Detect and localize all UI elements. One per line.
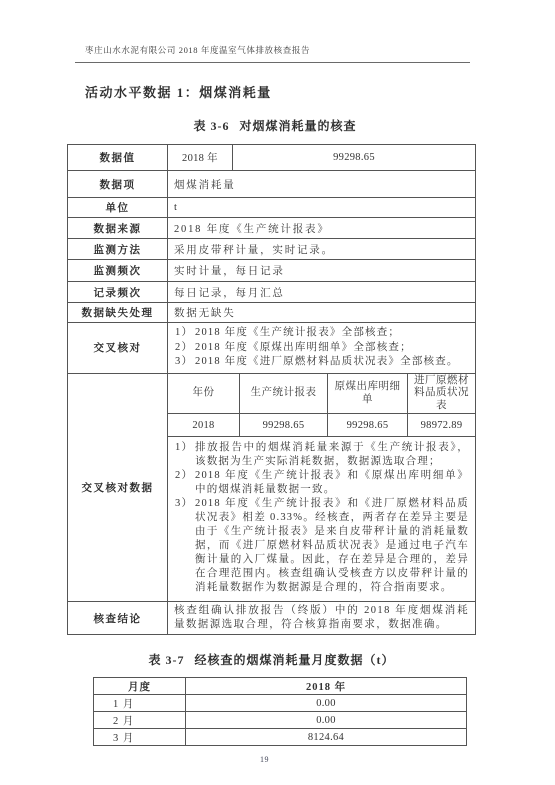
inner-cell-production-value: 99298.65 [240,414,328,437]
table-row-month: 3 月 8124.64 [94,729,467,746]
item-text: 2018 年度《原煤出库明细单》全部核查； [195,341,470,356]
table-row-monitoring-frequency: 监测频次 实时计量，每日记录 [68,260,476,282]
note-item: 2） 2018 年度《生产统计报表》和《原煤出库明细单》中的烟煤消耗量数据一致。 [175,469,469,497]
item-number: 2） [175,469,195,497]
col-header-year: 2018 年 [186,678,467,695]
row-label: 数据值 [68,145,168,171]
conclusion-value: 核查组确认排放报告（终版）中的 2018 年度烟煤消耗量数据源选取合理，符合核算… [168,602,476,635]
col-header-month: 月度 [94,678,186,695]
table-row-cross-check-data: 交叉核对数据 年份 生产统计报表 原煤出库明细单 进厂原燃材料品质状况表 201… [68,373,476,602]
table36-title-text: 对烟煤消耗量的核查 [239,119,356,133]
month-value: 0.00 [186,695,467,712]
table-row-missing-data: 数据缺失处理 数据无缺失 [68,303,476,323]
row-label: 数据缺失处理 [68,303,168,323]
table37-title-number: 表 3-7 [149,653,185,667]
cross-check-comparison-table: 年份 生产统计报表 原煤出库明细单 进厂原燃材料品质状况表 2018 99298… [168,374,475,438]
table-row-recording-frequency: 记录频次 每日记录，每月汇总 [68,282,476,303]
data-value-year: 2018 年 [168,145,233,171]
row-label: 交叉核对数据 [68,373,168,602]
inner-col-header-outbound-detail: 原煤出库明细单 [328,374,408,415]
table37-title-text: 经核查的烟煤消耗量月度数据（t） [195,653,395,667]
table-row-cross-check: 交叉核对 1） 2018 年度《生产统计报表》全部核查； 2） 2018 年度《… [68,323,476,374]
table-row-conclusion: 核查结论 核查组确认排放报告（终版）中的 2018 年度烟煤消耗量数据源选取合理… [68,602,476,635]
row-label: 数据来源 [68,218,168,239]
table-row-data-value: 数据值 2018 年 99298.65 [68,145,476,171]
item-text: 2018 年度《生产统计报表》和《原煤出库明细单》中的烟煤消耗量数据一致。 [195,469,469,497]
table36-title-number: 表 3-6 [193,119,229,133]
item-number: 1） [175,441,195,469]
item-text: 2018 年度《生产统计报表》和《进厂原燃材料品质状况表》相差 0.33%。经核… [195,497,469,595]
unit-value: t [168,198,476,218]
month-label: 2 月 [94,712,186,729]
row-label: 监测方法 [68,239,168,260]
row-label: 监测频次 [68,260,168,282]
inner-cell-year: 2018 [168,414,240,437]
table36-verification-table: 数据值 2018 年 99298.65 数据项 烟煤消耗量 单位 t 数据来源 … [67,144,476,635]
inner-col-header-quality-report: 进厂原燃材料品质状况表 [408,374,475,415]
row-label: 单位 [68,198,168,218]
cross-check-item: 3） 2018 年度《进厂原燃材料品质状况表》全部核查。 [175,355,470,370]
table-row-unit: 单位 t [68,198,476,218]
row-label: 记录频次 [68,282,168,303]
item-number: 2） [175,341,195,356]
monitoring-method-value: 采用皮带秤计量，实时记录。 [168,239,476,260]
month-label: 3 月 [94,729,186,746]
table-row-data-item: 数据项 烟煤消耗量 [68,171,476,198]
missing-data-value: 数据无缺失 [168,303,476,323]
inner-cell-quality-value: 98972.89 [408,414,475,437]
month-value: 0.00 [186,712,467,729]
recording-frequency-value: 每日记录，每月汇总 [168,282,476,303]
table-row-data-source: 数据来源 2018 年度《生产统计报表》 [68,218,476,239]
table37-title: 表 3-7经核查的烟煤消耗量月度数据（t） [67,651,476,668]
data-source-value: 2018 年度《生产统计报表》 [168,218,476,239]
row-label: 数据项 [68,171,168,198]
inner-col-header-production-report: 生产统计报表 [240,374,328,415]
monitoring-frequency-value: 实时计量，每日记录 [168,260,476,282]
row-label: 核查结论 [68,602,168,635]
cross-check-item: 2） 2018 年度《原煤出库明细单》全部核查； [175,341,470,356]
note-item: 1） 排放报告中的烟煤消耗量来源于《生产统计报表》，该数据为生产实际消耗数据，数… [175,441,469,469]
note-item: 3） 2018 年度《生产统计报表》和《进厂原燃材料品质状况表》相差 0.33%… [175,497,469,595]
table-row-month: 1 月 0.00 [94,695,467,712]
table-row-monitoring-method: 监测方法 采用皮带秤计量，实时记录。 [68,239,476,260]
table-header-row: 月度 2018 年 [94,678,467,695]
item-text: 2018 年度《进厂原燃材料品质状况表》全部核查。 [195,355,470,370]
item-number: 3） [175,355,195,370]
item-text: 排放报告中的烟煤消耗量来源于《生产统计报表》，该数据为生产实际消耗数据，数据源选… [195,441,469,469]
item-text: 2018 年度《生产统计报表》全部核查； [195,326,470,341]
row-label: 交叉核对 [68,323,168,374]
inner-cell-outbound-value: 99298.65 [328,414,408,437]
cross-check-item: 1） 2018 年度《生产统计报表》全部核查； [175,326,470,341]
page-header: 枣庄山水水泥有限公司 2018 年度温室气体排放核查报告 [75,40,470,63]
data-value-amount: 99298.65 [233,145,476,171]
item-number: 1） [175,326,195,341]
item-number: 3） [175,497,195,595]
month-label: 1 月 [94,695,186,712]
cross-check-notes: 1） 排放报告中的烟煤消耗量来源于《生产统计报表》，该数据为生产实际消耗数据，数… [168,437,475,601]
inner-col-header-year: 年份 [168,374,240,415]
table-row-month: 2 月 0.00 [94,712,467,729]
cross-check-list: 1） 2018 年度《生产统计报表》全部核查； 2） 2018 年度《原煤出库明… [168,323,476,374]
section-heading: 活动水平数据 1：烟煤消耗量 [85,82,555,101]
page-header-title: 枣庄山水水泥有限公司 2018 年度温室气体排放核查报告 [85,45,310,55]
table37-monthly-data-table: 月度 2018 年 1 月 0.00 2 月 0.00 3 月 8124.64 [93,677,467,746]
month-value: 8124.64 [186,729,467,746]
cross-check-data-cell: 年份 生产统计报表 原煤出库明细单 进厂原燃材料品质状况表 2018 99298… [168,373,476,602]
data-item-value: 烟煤消耗量 [168,171,476,198]
table36-title: 表 3-6对烟煤消耗量的核查 [60,117,490,134]
page-number: 19 [60,755,469,764]
